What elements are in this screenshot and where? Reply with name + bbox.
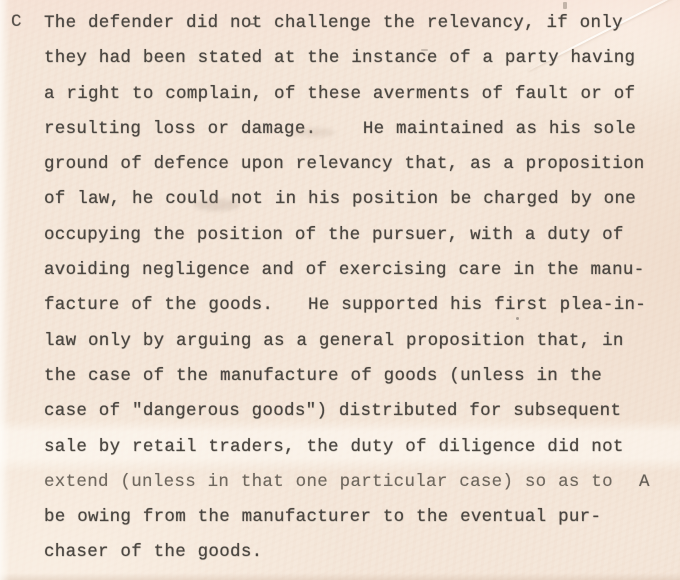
ink-speck [421, 49, 428, 51]
text-line: extend (unless in that one particular ca… [44, 465, 654, 500]
text-line: be owing from the manufacturer to the ev… [44, 500, 654, 535]
ink-speck [249, 23, 256, 25]
body-text: The defender did not challenge the relev… [44, 6, 654, 571]
text-line: chaser of the goods. [44, 535, 654, 570]
text-line: case of "dangerous goods") distributed f… [44, 394, 654, 429]
text-line: The defender did not challenge the relev… [44, 6, 654, 41]
text-line: a right to complain, of these averments … [44, 77, 654, 112]
ink-speck [563, 2, 567, 9]
ink-smudge [194, 199, 240, 211]
text-line: sale by retail traders, the duty of dili… [44, 430, 654, 465]
text-line: they had been stated at the instance of … [44, 41, 654, 76]
text-line: occupying the position of the pursuer, w… [44, 218, 654, 253]
text-line: resulting loss or damage. He maintained … [44, 112, 654, 147]
text-line: the case of the manufacture of goods (un… [44, 359, 654, 394]
margin-note-left: C [11, 12, 22, 32]
document-page: C A The defender did not challenge the r… [0, 0, 680, 580]
ink-smudge [293, 128, 335, 137]
ink-speck [516, 317, 519, 320]
text-line: facture of the goods. He supported his f… [44, 288, 654, 323]
text-line: avoiding negligence and of exercising ca… [44, 253, 654, 288]
text-line: law only by arguing as a general proposi… [44, 324, 654, 359]
text-line: of law, he could not in his position be … [44, 182, 654, 217]
text-line: ground of defence upon relevancy that, a… [44, 147, 654, 182]
